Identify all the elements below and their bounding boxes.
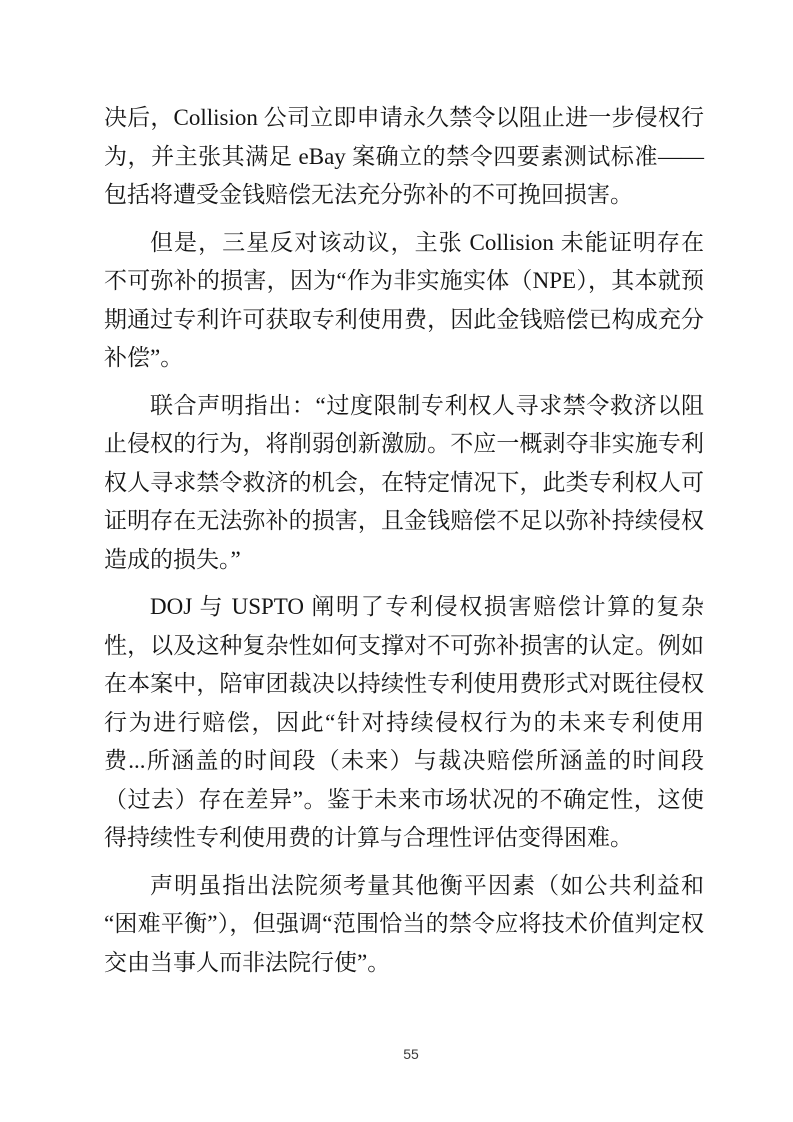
paragraph-joint-statement: 联合声明指出：“过度限制专利权人寻求禁令救济以阻止侵权的行为，将削弱创新激励。不… bbox=[104, 387, 704, 580]
page-number: 55 bbox=[104, 1046, 718, 1062]
paragraph-doj-uspto: DOJ 与 USPTO 阐明了专利侵权损害赔偿计算的复杂性，以及这种复杂性如何支… bbox=[104, 588, 704, 858]
paragraph-samsung-opposition: 但是，三星反对该动议，主张 Collision 未能证明存在不可弥补的损害，因为… bbox=[104, 224, 704, 378]
document-page: 决后，Collision 公司立即申请永久禁令以阻止进一步侵权行为，并主张其满足… bbox=[0, 0, 793, 1122]
paragraph-continuation: 决后，Collision 公司立即申请永久禁令以阻止进一步侵权行为，并主张其满足… bbox=[104, 99, 704, 215]
paragraph-equitable-factors: 声明虽指出法院须考量其他衡平因素（如公共利益和“困难平衡”），但强调“范围恰当的… bbox=[104, 867, 704, 983]
page-body-text: 决后，Collision 公司立即申请永久禁令以阻止进一步侵权行为，并主张其满足… bbox=[104, 99, 704, 991]
